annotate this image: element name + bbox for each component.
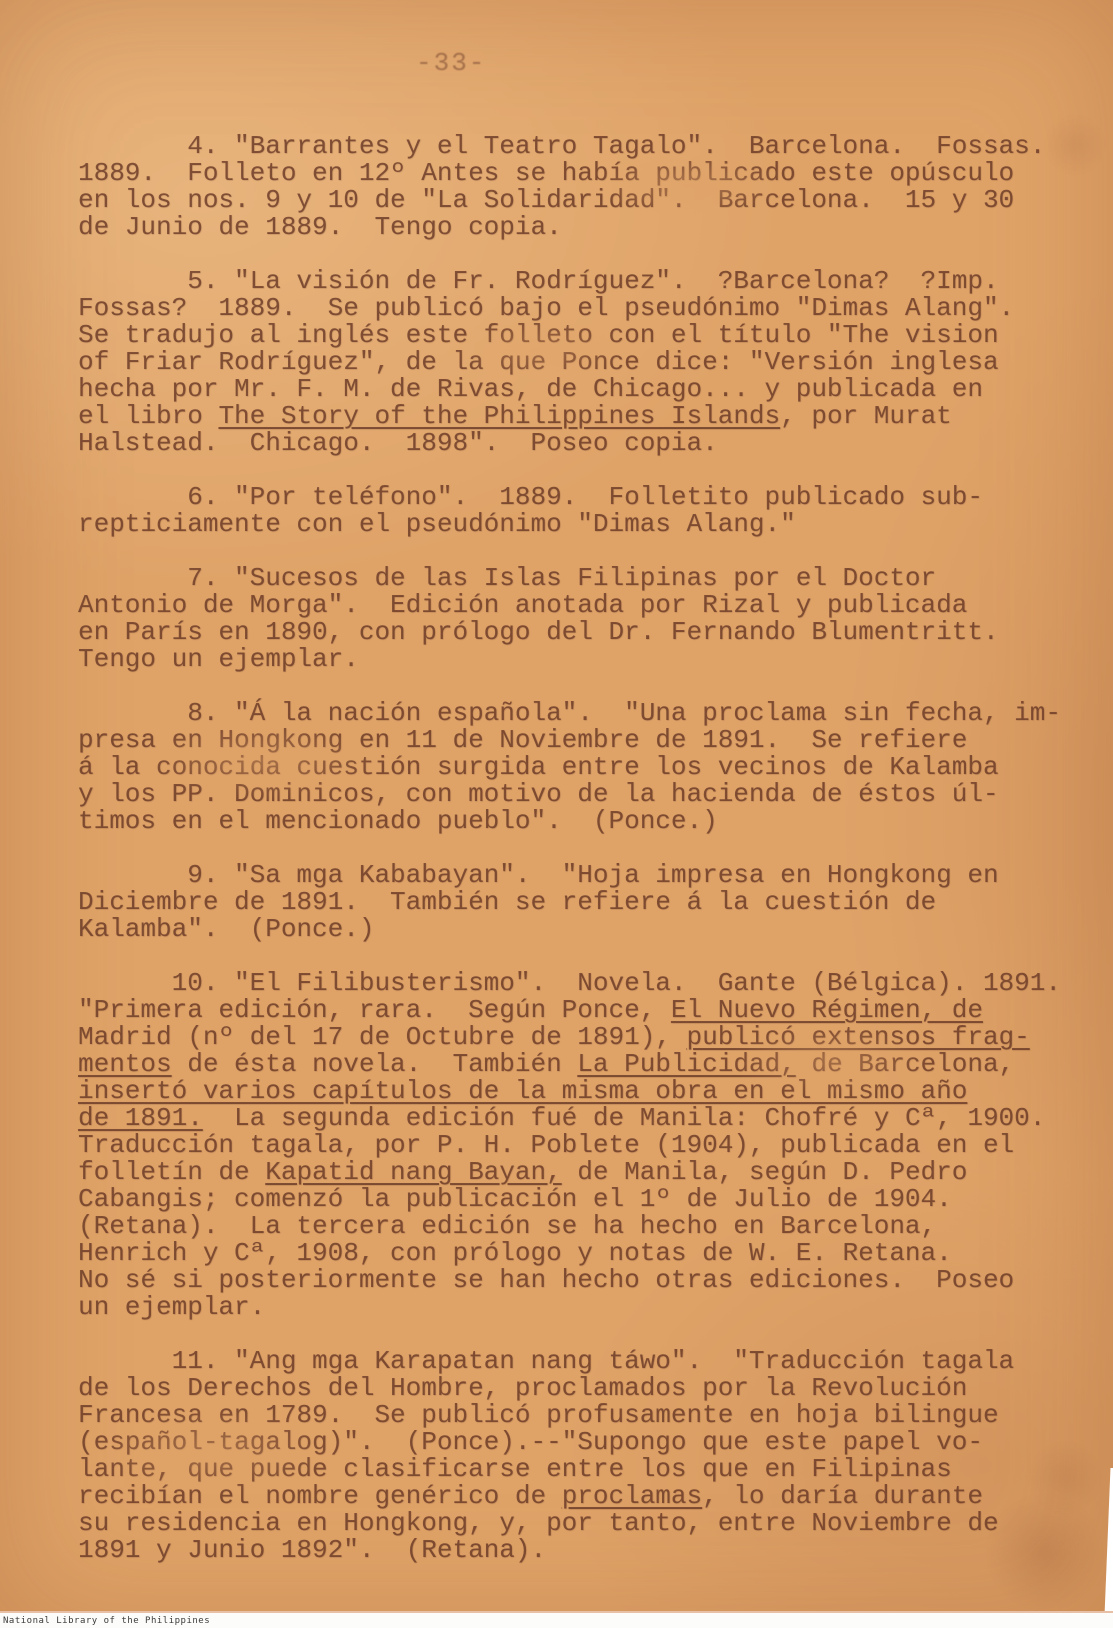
text-line: Henrich y Cª, 1908, con prólogo y notas … [78, 1240, 1061, 1267]
text-line: lante, que puede clasificarse entre los … [78, 1456, 1061, 1483]
text-line: (Retana). La tercera edición se ha hecho… [78, 1213, 1061, 1240]
text-line: á la conocida cuestión surgida entre los… [78, 754, 1061, 781]
footer-strip: National Library of the Philippines [0, 1611, 1113, 1628]
text-line: "Primera edición, rara. Según Ponce, El … [78, 997, 1061, 1024]
text-line: of Friar Rodríguez", de la que Ponce dic… [78, 349, 1061, 376]
bibliography-entry: 8. "Á la nación española". "Una proclama… [78, 700, 1061, 835]
text-line: en París en 1890, con prólogo del Dr. Fe… [78, 619, 1061, 646]
text-line: 4. "Barrantes y el Teatro Tagalo". Barce… [78, 133, 1061, 160]
text-line: folletín de Kapatid nang Bayan, de Manil… [78, 1159, 1061, 1186]
text-line: 5. "La visión de Fr. Rodríguez". ?Barcel… [78, 268, 1061, 295]
text-line: Halstead. Chicago. 1898". Poseo copia. [78, 430, 1061, 457]
text-line: hecha por Mr. F. M. de Rivas, de Chicago… [78, 376, 1061, 403]
text-line: Antonio de Morga". Edición anotada por R… [78, 592, 1061, 619]
text-line: Kalamba". (Ponce.) [78, 916, 1061, 943]
text-line: Traducción tagala, por P. H. Poblete (19… [78, 1132, 1061, 1159]
scanned-page: -33- 4. "Barrantes y el Teatro Tagalo". … [0, 0, 1113, 1628]
text-line: Fossas? 1889. Se publicó bajo el pseudón… [78, 295, 1061, 322]
text-line: 9. "Sa mga Kababayan". "Hoja impresa en … [78, 862, 1061, 889]
text-line: Diciembre de 1891. También se refiere á … [78, 889, 1061, 916]
text-line: de Junio de 1889. Tengo copia. [78, 214, 1061, 241]
text-line: un ejemplar. [78, 1294, 1061, 1321]
text-line: mentos de ésta novela. También La Public… [78, 1051, 1061, 1078]
text-line: presa en Hongkong en 11 de Noviembre de … [78, 727, 1061, 754]
text-line: de 1891. La segunda edición fué de Manil… [78, 1105, 1061, 1132]
text-line: 8. "Á la nación española". "Una proclama… [78, 700, 1061, 727]
text-line: recibían el nombre genérico de proclamas… [78, 1483, 1061, 1510]
page-number: -33- [416, 50, 486, 77]
text-line: repticiamente con el pseudónimo "Dimas A… [78, 511, 1061, 538]
text-line: Tengo un ejemplar. [78, 646, 1061, 673]
scan-edge-artifact [1104, 1468, 1113, 1628]
text-line: 10. "El Filibusterismo". Novela. Gante (… [78, 970, 1061, 997]
text-line: timos en el mencionado pueblo". (Ponce.) [78, 808, 1061, 835]
footer-attribution: National Library of the Philippines [3, 1616, 210, 1626]
bibliography-entry: 9. "Sa mga Kababayan". "Hoja impresa en … [78, 862, 1061, 943]
text-line: (español-tagalog)". (Ponce).--"Supongo q… [78, 1429, 1061, 1456]
text-line: No sé si posteriormente se han hecho otr… [78, 1267, 1061, 1294]
text-line: 1891 y Junio 1892". (Retana). [78, 1537, 1061, 1564]
text-line: en los nos. 9 y 10 de "La Solidaridad". … [78, 187, 1061, 214]
bibliography-entries: 4. "Barrantes y el Teatro Tagalo". Barce… [78, 133, 1061, 1591]
text-line: 7. "Sucesos de las Islas Filipinas por e… [78, 565, 1061, 592]
text-line: su residencia en Hongkong, y, por tanto,… [78, 1510, 1061, 1537]
bibliography-entry: 10. "El Filibusterismo". Novela. Gante (… [78, 970, 1061, 1321]
text-line: Cabangis; comenzó la publicación el 1º d… [78, 1186, 1061, 1213]
text-line: Madrid (nº del 17 de Octubre de 1891), p… [78, 1024, 1061, 1051]
bibliography-entry: 7. "Sucesos de las Islas Filipinas por e… [78, 565, 1061, 673]
bibliography-entry: 4. "Barrantes y el Teatro Tagalo". Barce… [78, 133, 1061, 241]
bibliography-entry: 5. "La visión de Fr. Rodríguez". ?Barcel… [78, 268, 1061, 457]
text-line: el libro The Story of the Philippines Is… [78, 403, 1061, 430]
text-line: insertó varios capítulos de la misma obr… [78, 1078, 1061, 1105]
text-line: de los Derechos del Hombre, proclamados … [78, 1375, 1061, 1402]
text-line: 11. "Ang mga Karapatan nang táwo". "Trad… [78, 1348, 1061, 1375]
text-line: Francesa en 1789. Se publicó profusament… [78, 1402, 1061, 1429]
bibliography-entry: 11. "Ang mga Karapatan nang táwo". "Trad… [78, 1348, 1061, 1564]
text-line: Se tradujo al inglés este folleto con el… [78, 322, 1061, 349]
bibliography-entry: 6. "Por teléfono". 1889. Folletito publi… [78, 484, 1061, 538]
text-line: y los PP. Dominicos, con motivo de la ha… [78, 781, 1061, 808]
text-line: 1889. Folleto en 12º Antes se había publ… [78, 160, 1061, 187]
text-line: 6. "Por teléfono". 1889. Folletito publi… [78, 484, 1061, 511]
